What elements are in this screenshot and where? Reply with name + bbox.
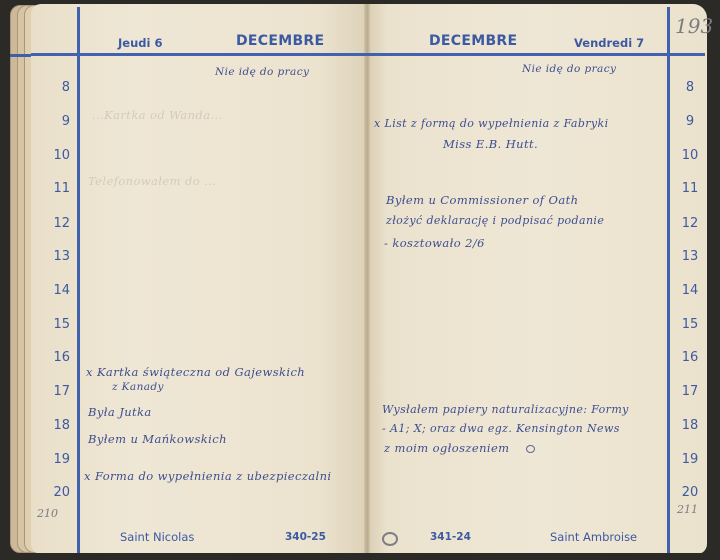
hour-label: 12 (675, 216, 705, 231)
hour-label: 8 (40, 80, 70, 95)
diary-entry: z Kanady (112, 381, 164, 393)
hour-label: 13 (40, 249, 70, 264)
hour-label: 10 (675, 148, 705, 163)
diary-entry: Wysłałem papiery naturalizacyjne: Formy (382, 403, 629, 416)
hour-label: 20 (40, 485, 70, 500)
diary-entry: złożyć deklarację i podpisać podanie (386, 214, 604, 227)
bleed-through-text: ...Kartka od Wanda... (92, 108, 223, 122)
diary-entry: Miss E.B. Hutt. (443, 137, 538, 151)
hour-label: 9 (675, 114, 705, 129)
diary-entry: Nie idę do pracy (522, 63, 616, 75)
hour-label: 16 (40, 350, 70, 365)
bleed-through-text: Telefonowałem do ... (88, 174, 216, 188)
diary-entry: x List z formą do wypełnienia z Fabryki (374, 117, 609, 130)
pencil-circle-mark (382, 532, 398, 546)
pencil-folio-left: 210 (37, 507, 58, 520)
right-month-label: DECEMBRE (429, 33, 517, 49)
book-spine (364, 4, 370, 554)
ink-circle-mark (526, 445, 535, 453)
right-day-label: Vendredi 7 (574, 36, 644, 50)
diary-entry: Była Jutka (88, 405, 152, 419)
header-rule (31, 53, 705, 56)
right-day-code: 341-24 (430, 531, 471, 543)
diary-entry: - kosztowało 2/6 (384, 236, 485, 250)
hour-label: 16 (675, 350, 705, 365)
diary-entry: Byłem u Commissioner of Oath (386, 193, 578, 207)
hour-label: 17 (675, 384, 705, 399)
hour-label: 19 (40, 452, 70, 467)
hour-label: 10 (40, 148, 70, 163)
page-number: 193 (675, 14, 713, 38)
diary-entry: Nie idę do pracy (215, 66, 309, 78)
hour-label: 19 (675, 452, 705, 467)
hour-label: 11 (40, 181, 70, 196)
hour-label: 15 (675, 317, 705, 332)
pencil-folio-right: 211 (677, 503, 698, 516)
right-hour-rule (667, 7, 670, 554)
hour-label: 12 (40, 216, 70, 231)
diary-entry: x Forma do wypełnienia z ubezpieczalni (84, 469, 332, 483)
right-saint-name: Saint Ambroise (550, 530, 637, 544)
hour-label: 18 (675, 418, 705, 433)
hour-label: 13 (675, 249, 705, 264)
hour-label: 14 (675, 283, 705, 298)
diary-entry: x Kartka świąteczna od Gajewskich (86, 365, 305, 379)
left-hour-rule (77, 7, 80, 554)
hour-label: 15 (40, 317, 70, 332)
diary-entry: Byłem u Mańkowskich (88, 432, 227, 446)
left-month-label: DECEMBRE (236, 33, 324, 49)
diary-entry: z moim ogłoszeniem (384, 441, 509, 455)
left-day-code: 340-25 (285, 531, 326, 543)
diary-entry: - A1; X; oraz dwa egz. Kensington News (382, 422, 620, 435)
background-edge (0, 553, 720, 560)
hour-label: 11 (675, 181, 705, 196)
hour-label: 17 (40, 384, 70, 399)
right-page (367, 4, 707, 554)
hour-label: 8 (675, 80, 705, 95)
hour-label: 14 (40, 283, 70, 298)
hour-label: 18 (40, 418, 70, 433)
left-saint-name: Saint Nicolas (120, 530, 194, 544)
hour-label: 9 (40, 114, 70, 129)
hour-label: 20 (675, 485, 705, 500)
left-day-label: Jeudi 6 (118, 36, 162, 50)
